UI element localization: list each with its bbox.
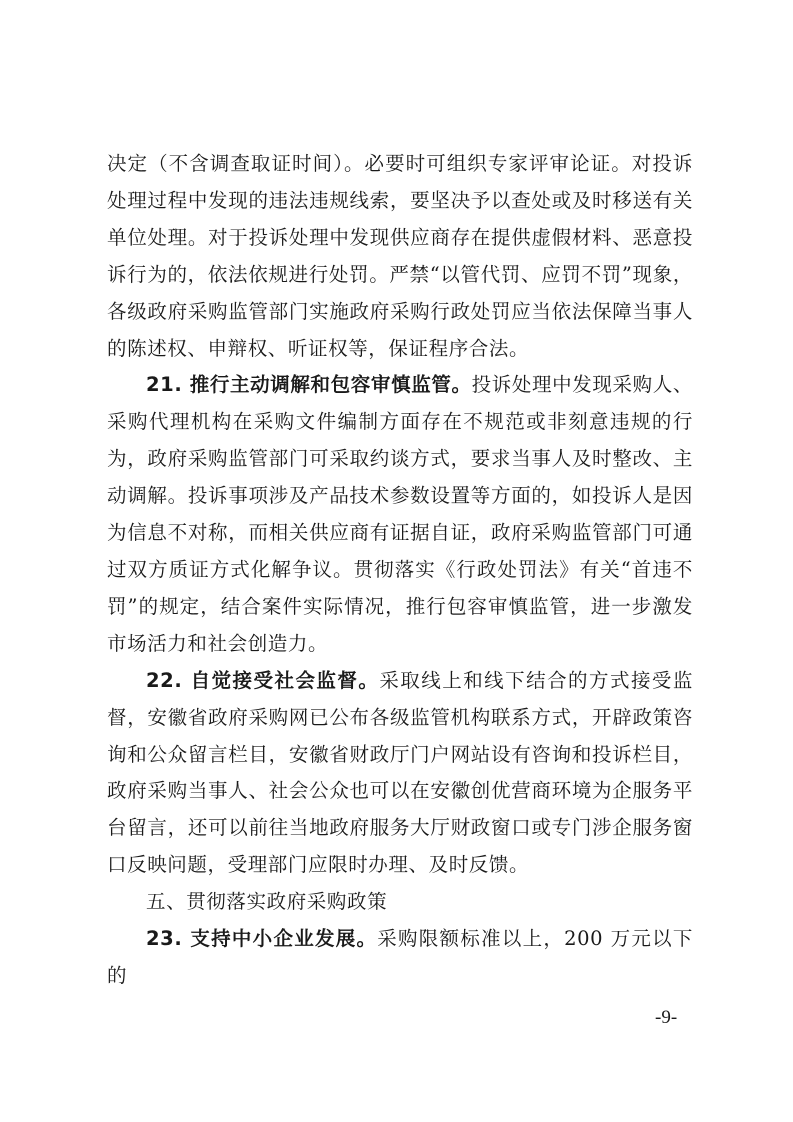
paragraph-text: 投诉处理中发现采购人、采购代理机构在采购文件编制方面存在不规范或非刻意违规的行为…	[107, 373, 693, 654]
paragraph-heading: 21. 推行主动调解和包容审慎监管。	[146, 373, 472, 396]
page-number: -9-	[655, 1007, 677, 1029]
paragraph-heading: 22. 自觉接受社会监督。	[146, 669, 379, 692]
paragraph-23: 23. 支持中小企业发展。采购限额标准以上，200 万元以下的	[107, 921, 693, 995]
paragraph-continued: 决定（不含调查取证时间）。必要时可组织专家评审论证。对投诉处理过程中发现的违法违…	[107, 146, 693, 367]
document-body: 决定（不含调查取证时间）。必要时可组织专家评审论证。对投诉处理过程中发现的违法违…	[107, 146, 693, 995]
document-page: 决定（不含调查取证时间）。必要时可组织专家评审论证。对投诉处理过程中发现的违法违…	[0, 0, 793, 1122]
paragraph-text: 决定（不含调查取证时间）。必要时可组织专家评审论证。对投诉处理过程中发现的违法违…	[107, 152, 693, 360]
paragraph-text: 采取线上和线下结合的方式接受监督，安徽省政府采购网已公布各级监管机构联系方式，开…	[107, 669, 693, 877]
paragraph-22: 22. 自觉接受社会监督。采取线上和线下结合的方式接受监督，安徽省政府采购网已公…	[107, 663, 693, 884]
section-heading: 五、贯彻落实政府采购政策	[107, 884, 693, 921]
paragraph-21: 21. 推行主动调解和包容审慎监管。投诉处理中发现采购人、采购代理机构在采购文件…	[107, 367, 693, 662]
paragraph-heading: 23. 支持中小企业发展。	[146, 927, 377, 950]
